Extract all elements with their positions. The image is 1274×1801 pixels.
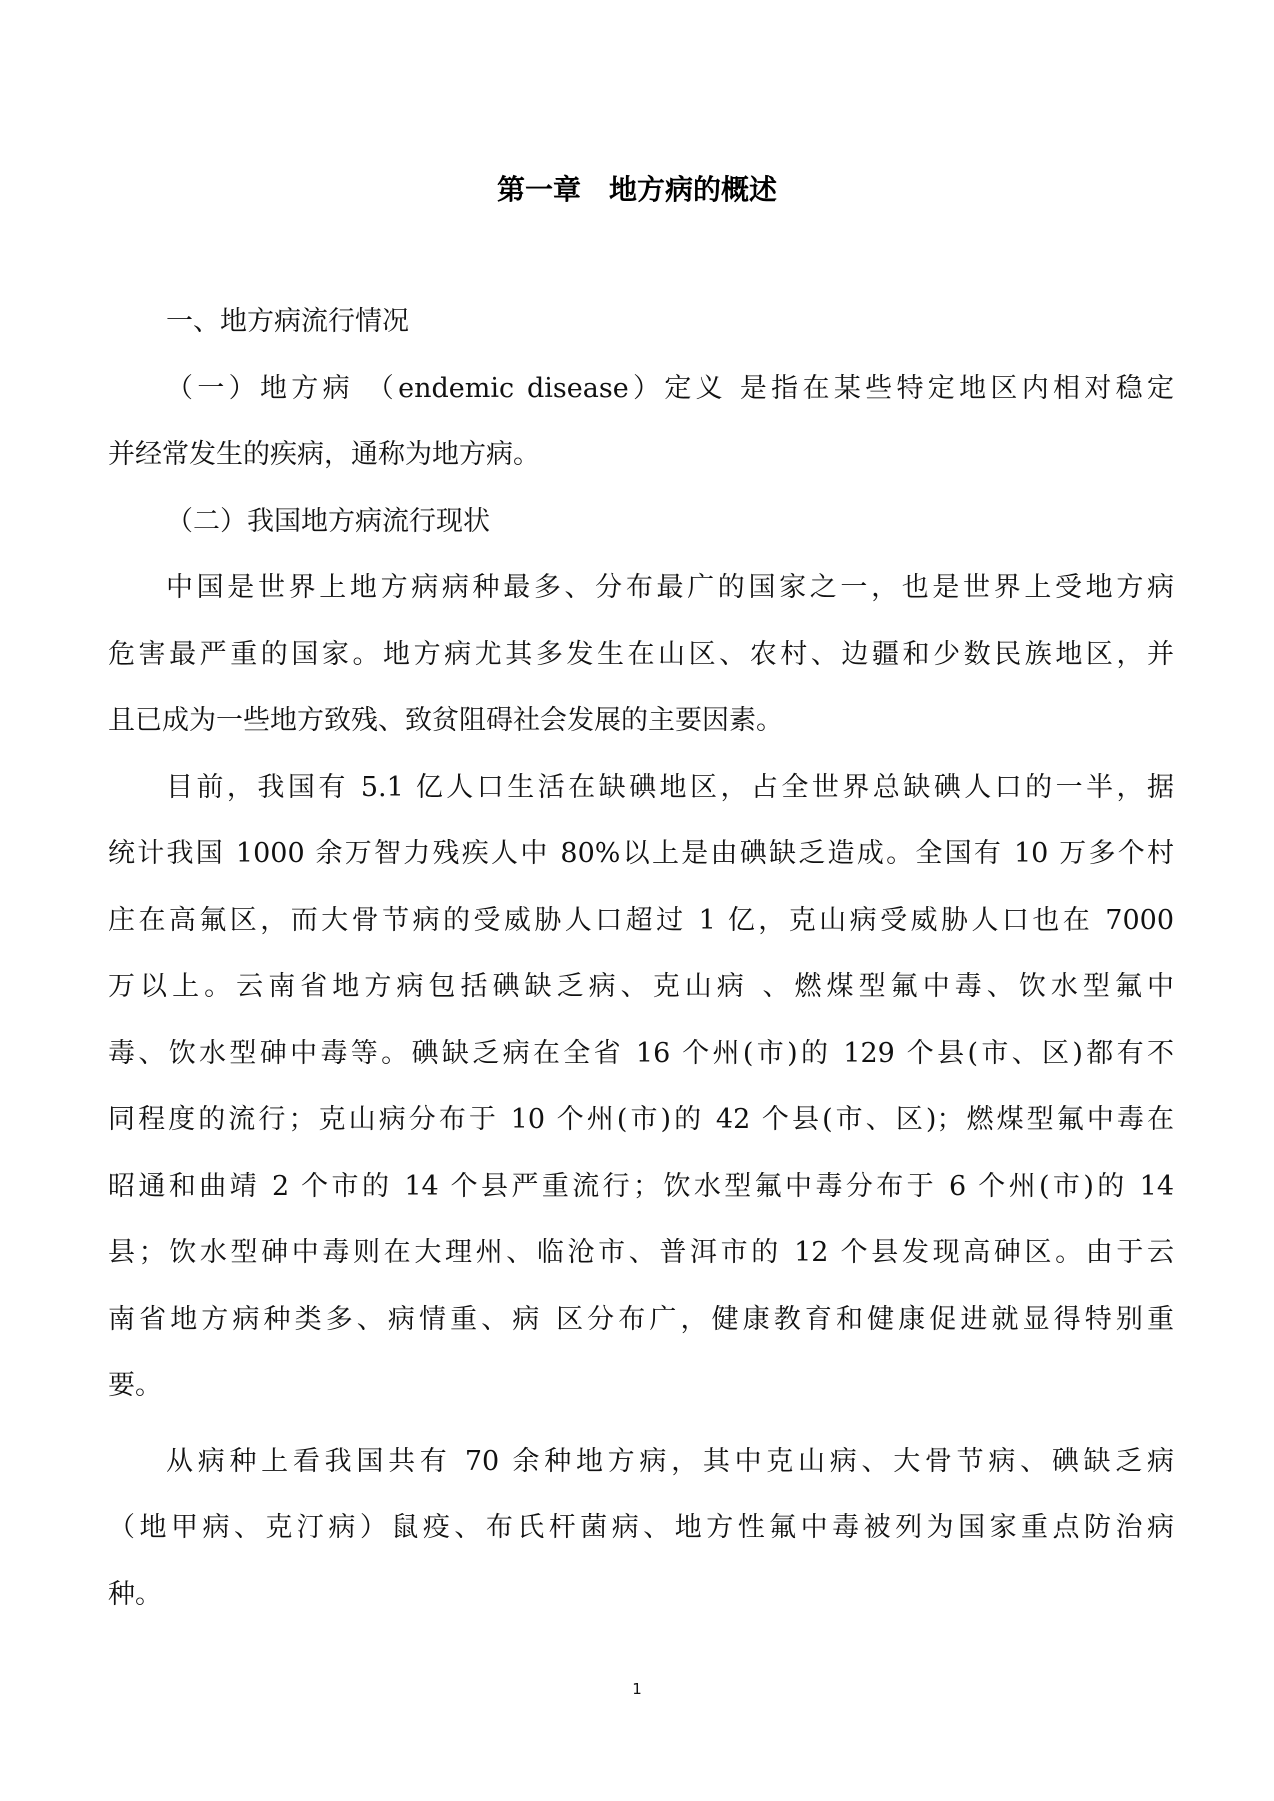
text-line: 并经常发生的疾病，通称为地方病。 xyxy=(108,438,1174,472)
text-line: 目前，我国有 5.1 亿人口生活在缺碘地区，占全世界总缺碘人口的一半，据 xyxy=(166,771,1174,805)
text-line: 县；饮水型砷中毒则在大理州、临沧市、普洱市的 12 个县发现高砷区。由于云 xyxy=(108,1236,1174,1270)
text-line: 要。 xyxy=(108,1369,1174,1403)
text-line: 昭通和曲靖 2 个市的 14 个县严重流行；饮水型氟中毒分布于 6 个州(市)的… xyxy=(108,1170,1174,1204)
text-line: 危害最严重的国家。地方病尤其多发生在山区、农村、边疆和少数民族地区，并 xyxy=(108,638,1174,672)
text-line: 一、地方病流行情况 xyxy=(166,305,1174,339)
text-line: 且已成为一些地方致残、致贫阻碍社会发展的主要因素。 xyxy=(108,704,1174,738)
text-line: 从病种上看我国共有 70 余种地方病，其中克山病、大骨节病、碘缺乏病 xyxy=(166,1445,1174,1479)
document-page: 第一章 地方病的概述 一、地方病流行情况（一）地方病 （endemic dise… xyxy=(0,0,1274,1801)
text-line: 同程度的流行；克山病分布于 10 个州(市)的 42 个县(市、区)；燃煤型氟中… xyxy=(108,1103,1174,1137)
text-line: 庄在高氟区，而大骨节病的受威胁人口超过 1 亿，克山病受威胁人口也在 7000 xyxy=(108,904,1174,938)
chapter-title: 第一章 地方病的概述 xyxy=(0,168,1274,208)
text-line: 万以上。云南省地方病包括碘缺乏病、克山病 、燃煤型氟中毒、饮水型氟中 xyxy=(108,970,1174,1004)
text-line: 中国是世界上地方病病种最多、分布最广的国家之一，也是世界上受地方病 xyxy=(166,571,1174,605)
page-number: 1 xyxy=(0,1680,1274,1698)
text-line: 种。 xyxy=(108,1578,1174,1612)
text-line: （二）我国地方病流行现状 xyxy=(166,505,1174,539)
text-line: （地甲病、克汀病）鼠疫、布氏杆菌病、地方性氟中毒被列为国家重点防治病 xyxy=(108,1511,1174,1545)
text-line: （一）地方病 （endemic disease）定义 是指在某些特定地区内相对稳… xyxy=(166,372,1174,406)
text-line: 南省地方病种类多、病情重、病 区分布广，健康教育和健康促进就显得特别重 xyxy=(108,1303,1174,1337)
text-line: 毒、饮水型砷中毒等。碘缺乏病在全省 16 个州(市)的 129 个县(市、区)都… xyxy=(108,1037,1174,1071)
text-line: 统计我国 1000 余万智力残疾人中 80%以上是由碘缺乏造成。全国有 10 万… xyxy=(108,837,1174,871)
